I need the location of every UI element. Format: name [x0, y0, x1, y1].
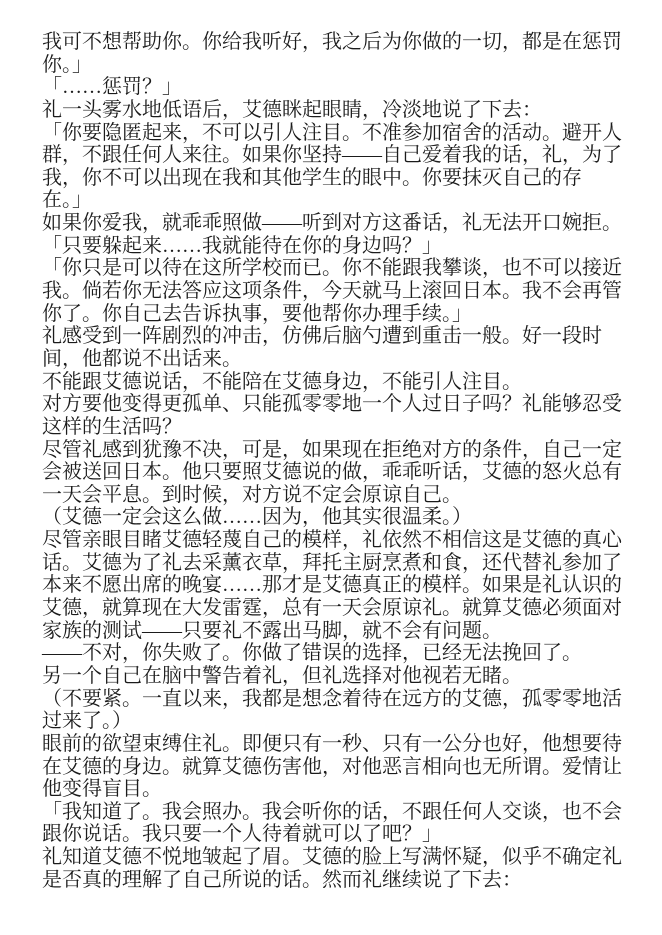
text-line: 「只要躲起来……我就能待在你的身边吗？」	[42, 235, 626, 258]
text-line: 群，不跟任何人来往。如果你坚持——自己爱着我的话，礼，为了	[42, 144, 626, 167]
text-line: 一天会平息。到时候，对方说不定会原谅自己。	[42, 484, 626, 507]
text-line: 跟你说话。我只要一个人待着就可以了吧？」	[42, 823, 626, 846]
text-line: 我可不想帮助你。你给我听好，我之后为你做的一切，都是在惩罚	[42, 31, 626, 54]
text-line: 艾德，就算现在大发雷霆，总有一天会原谅礼。就算艾德必须面对	[42, 597, 626, 620]
text-line: 礼感受到一阵剧烈的冲击，仿佛后脑勺遭到重击一般。好一段时	[42, 325, 626, 348]
text-line: 「你只是可以待在这所学校而已。你不能跟我攀谈，也不可以接近	[42, 257, 626, 280]
text-line: 礼知道艾德不悦地皱起了眉。艾德的脸上写满怀疑，似乎不确定礼	[42, 846, 626, 869]
document-page: 我可不想帮助你。你给我听好，我之后为你做的一切，都是在惩罚 你。」 「……惩罚？…	[0, 0, 662, 935]
text-line: 不能跟艾德说话，不能陪在艾德身边，不能引人注目。	[42, 371, 626, 394]
text-line: 如果你爱我，就乖乖照做——听到对方这番话，礼无法开口婉拒。	[42, 212, 626, 235]
text-line: ——不对，你失败了。你做了错误的选择，已经无法挽回了。	[42, 642, 626, 665]
text-block: 我可不想帮助你。你给我听好，我之后为你做的一切，都是在惩罚 你。」 「……惩罚？…	[42, 31, 626, 891]
text-line: 话。艾德为了礼去采薰衣草，拜托主厨烹煮和食，还代替礼参加了	[42, 552, 626, 575]
text-line: 你了。你自己去告诉执事，要他帮你办理手续。」	[42, 303, 626, 326]
text-line: 另一个自己在脑中警告着礼，但礼选择对他视若无睹。	[42, 665, 626, 688]
text-line: 间，他都说不出话来。	[42, 348, 626, 371]
text-line: 在。」	[42, 189, 626, 212]
text-line: 礼一头雾水地低语后，艾德眯起眼睛，冷淡地说了下去：	[42, 99, 626, 122]
text-line: 你。」	[42, 54, 626, 77]
text-line: 会被送回日本。他只要照艾德说的做，乖乖听话，艾德的怒火总有	[42, 461, 626, 484]
text-line: 眼前的欲望束缚住礼。即便只有一秒、只有一公分也好，他想要待	[42, 733, 626, 756]
text-line: 是否真的理解了自己所说的话。然而礼继续说了下去：	[42, 869, 626, 892]
text-line: 这样的生活吗？	[42, 416, 626, 439]
text-line: 「你要隐匿起来，不可以引人注目。不准参加宿舍的活动。避开人	[42, 122, 626, 145]
text-line: 「……惩罚？」	[42, 76, 626, 99]
text-line: 家族的测试——只要礼不露出马脚，就不会有问题。	[42, 620, 626, 643]
text-line: 本来不愿出席的晚宴……那才是艾德真正的模样。如果是礼认识的	[42, 574, 626, 597]
text-line: （不要紧。一直以来，我都是想念着待在远方的艾德，孤零零地活	[42, 688, 626, 711]
text-line: 我。倘若你无法答应这项条件，今天就马上滚回日本。我不会再管	[42, 280, 626, 303]
text-line: 「我知道了。我会照办。我会听你的话，不跟任何人交谈，也不会	[42, 801, 626, 824]
text-line: 在艾德的身边。就算艾德伤害他，对他恶言相向也无所谓。爱情让	[42, 756, 626, 779]
text-line: 过来了。）	[42, 710, 626, 733]
text-line: 尽管礼感到犹豫不决，可是，如果现在拒绝对方的条件，自己一定	[42, 439, 626, 462]
text-line: （艾德一定会这么做……因为，他其实很温柔。）	[42, 506, 626, 529]
text-line: 尽管亲眼目睹艾德轻蔑自己的模样，礼依然不相信这是艾德的真心	[42, 529, 626, 552]
text-line: 我，你不可以出现在我和其他学生的眼中。你要抹灭自己的存	[42, 167, 626, 190]
text-line: 对方要他变得更孤单、只能孤零零地一个人过日子吗？礼能够忍受	[42, 393, 626, 416]
text-line: 他变得盲目。	[42, 778, 626, 801]
